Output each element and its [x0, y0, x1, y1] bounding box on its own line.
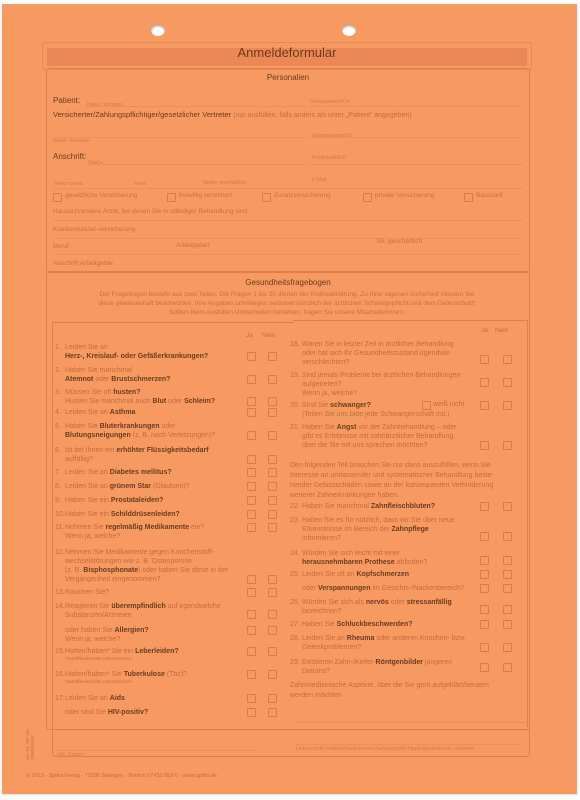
no-checkbox[interactable]: [503, 605, 512, 614]
no-checkbox[interactable]: [268, 482, 277, 491]
yes-checkbox[interactable]: [247, 510, 256, 519]
no-checkbox[interactable]: [268, 397, 277, 406]
yes-checkbox[interactable]: [247, 397, 256, 406]
yes-checkbox[interactable]: [480, 441, 489, 450]
no-checkbox[interactable]: [503, 570, 512, 579]
yes-checkbox[interactable]: [480, 532, 489, 541]
no-checkbox[interactable]: [503, 663, 512, 672]
job-label: Beruf: [53, 243, 69, 250]
question-item: 2.Haben Sie manchmalAtemnot oder Brustsc…: [55, 366, 170, 384]
no-checkbox[interactable]: [268, 670, 277, 679]
no-checkbox[interactable]: [268, 468, 277, 477]
insurance-option-label: Zusatzversicherung: [274, 192, 331, 199]
phone-business-hint: Telefon geschäftlich: [202, 180, 246, 186]
question-item: 8.Leiden Sie an grünem Star (Glaukom)?: [55, 482, 190, 491]
aspects-line: Zahnmedizinische Aspekte, über die Sie g…: [290, 681, 489, 690]
question-item: 19.Sind jemals Probleme bei ärztlichen B…: [290, 371, 460, 398]
yes-checkbox[interactable]: [480, 663, 489, 672]
question-item: 4.Leiden Sie an Asthma.: [55, 408, 137, 417]
question-item: 3.Müssen Sie oft husten?Husten Sie manch…: [55, 388, 215, 406]
yes-checkbox[interactable]: [480, 570, 489, 579]
birth-hint: Geburtsdatum/Ort: [310, 99, 350, 105]
yes-checkbox[interactable]: [480, 378, 489, 387]
insured-name-field[interactable]: [53, 137, 303, 138]
insurance-checkbox[interactable]: [167, 193, 176, 202]
yes-checkbox[interactable]: [247, 482, 256, 491]
question-item: 27.Haben Sie Schluckbeschwerden?: [290, 620, 413, 629]
yes-checkbox[interactable]: [247, 575, 256, 584]
yes-checkbox[interactable]: [247, 694, 256, 703]
question-item: 26.Würden Sie sich als nervös oder stres…: [290, 598, 452, 616]
yes-checkbox[interactable]: [247, 670, 256, 679]
yes-checkbox[interactable]: [247, 408, 256, 417]
question-item: 16.Hatten/haben* Sie Tuberkulose (Tbc)?*…: [55, 670, 187, 685]
aspects-field[interactable]: [293, 722, 527, 723]
yes-checkbox[interactable]: [247, 455, 256, 464]
yes-checkbox[interactable]: [480, 643, 489, 652]
no-checkbox[interactable]: [503, 401, 512, 410]
insurance-checkbox[interactable]: [363, 193, 372, 202]
no-checkbox[interactable]: [268, 708, 277, 717]
place-date-label: Ort, Datum: [57, 752, 84, 758]
address-label: Anschrift:: [53, 152, 86, 161]
insurance-checkbox[interactable]: [464, 193, 473, 202]
patient-name-field[interactable]: [86, 106, 306, 107]
question-item: 22.Haben Sie manchmal Zahnfleischbluten?: [290, 502, 435, 511]
personalien-section: Personalien: [46, 68, 530, 272]
mobile-hint: mobil: [134, 181, 146, 187]
question-item: 25.Leiden Sie oft an Kopfschmerzen: [290, 570, 409, 579]
question-item: 10.Haben Sie ein Schilddrüsenleiden?: [55, 510, 180, 519]
question-item: 15.Hatten/haben* Sie ein Leberleiden?*Zu…: [55, 647, 179, 662]
patient-birth-field[interactable]: [308, 106, 523, 107]
yes-checkbox[interactable]: [247, 468, 256, 477]
yes-checkbox[interactable]: [247, 496, 256, 505]
yes-checkbox[interactable]: [247, 626, 256, 635]
no-checkbox[interactable]: [268, 408, 277, 417]
insured-name-hint: Name, Vorname: [53, 138, 89, 144]
no-checkbox[interactable]: [268, 510, 277, 519]
no-header-left: Nein: [262, 332, 275, 339]
question-item: 18.Waren Sie in letzter Zeit in ärztlich…: [290, 340, 453, 367]
no-checkbox[interactable]: [503, 441, 512, 450]
signature-field[interactable]: [296, 744, 521, 745]
part2-line: Interesse an umfassender und systematisc…: [290, 471, 494, 480]
section-title: Gesundheitsfragebogen: [47, 278, 529, 287]
yes-checkbox[interactable]: [480, 584, 489, 593]
question-item: 21.Haben Sie Angst vor der Zahnbehandlun…: [290, 423, 457, 450]
yes-checkbox[interactable]: [480, 502, 489, 511]
intro-line: Der Fragebogen besteht aus zwei Teilen. …: [46, 291, 528, 298]
punch-hole: [342, 24, 356, 36]
yes-checkbox[interactable]: [480, 605, 489, 614]
phone-row-line[interactable]: [53, 188, 523, 189]
part2-line: hender Gebissschäden sowie an der konseq…: [290, 481, 493, 490]
patient-label: Patient:: [53, 96, 80, 105]
yes-header-right: Ja: [481, 327, 488, 334]
no-checkbox[interactable]: [503, 643, 512, 652]
insurer-field[interactable]: [53, 238, 523, 239]
no-checkbox[interactable]: [503, 378, 512, 387]
no-checkbox[interactable]: [503, 556, 512, 565]
no-checkbox[interactable]: [503, 355, 512, 364]
name-hint: Name, Vorname: [87, 102, 123, 108]
print-code: 1000016502: [30, 729, 35, 760]
insurance-checkbox[interactable]: [262, 193, 271, 202]
insurance-option-label: freiwillig versichert: [179, 192, 232, 199]
insured-birth-hint: Geburtsdatum/Ort: [312, 133, 352, 139]
no-checkbox[interactable]: [268, 455, 277, 464]
question-item: 24.Würden Sie sich leicht mit einerherau…: [290, 549, 427, 567]
part2-line: Den folgenden Teil brauchen Sie nur dann…: [290, 461, 491, 470]
no-checkbox[interactable]: [268, 352, 277, 361]
email-hint: E-Mail: [312, 177, 326, 183]
yes-checkbox[interactable]: [480, 556, 489, 565]
question-item: oder sind Sie HIV-positiv?: [55, 708, 148, 717]
question-item: 29.Existieren Zahn-/Kiefer-Röntgenbilder…: [290, 658, 452, 676]
employer-address-label: Anschrift Arbeitgeber: [53, 260, 113, 267]
question-item: oder Verspannungen im Gesichts-/Nackenbe…: [290, 584, 464, 593]
question-item: 28.Leiden Sie an Rheuma oder anderen Kno…: [290, 634, 466, 652]
yes-checkbox[interactable]: [247, 647, 256, 656]
doctors-field[interactable]: [53, 220, 523, 221]
no-checkbox[interactable]: [268, 431, 277, 440]
insured-label: Versicherter/Zahlungspflichtiger/gesetzl…: [53, 110, 412, 119]
intro-line: diese gewissenhaft beantworten. Ihre Ang…: [46, 300, 528, 307]
place-date-field[interactable]: [57, 750, 257, 751]
intro-line: Sollten beim Ausfüllen Unklarheiten best…: [46, 309, 528, 316]
unknown-label: weiß nicht: [433, 400, 465, 409]
no-checkbox[interactable]: [268, 647, 277, 656]
street-field[interactable]: [86, 164, 306, 165]
no-checkbox[interactable]: [503, 502, 512, 511]
yes-checkbox[interactable]: [247, 375, 256, 384]
question-item: 6.Ist bei Ihnen ein erhöhter Flüssigkeit…: [55, 446, 209, 464]
yes-header-left: Ja: [246, 332, 253, 339]
section-title: Personalien: [47, 73, 529, 82]
employer-label: Arbeitgeber: [176, 242, 210, 249]
question-item: 17.Leiden Sie an Aids: [55, 694, 125, 703]
yes-checkbox[interactable]: [247, 352, 256, 361]
no-checkbox[interactable]: [268, 375, 277, 384]
vertical-article-code: Art.-Nr. 202 111 1000016502: [25, 729, 35, 760]
no-checkbox[interactable]: [268, 575, 277, 584]
yes-checkbox[interactable]: [247, 523, 256, 532]
job-field[interactable]: [53, 254, 523, 255]
question-item: 14.Reagieren Sie überempfindlich auf irg…: [55, 602, 221, 620]
tel-business-label: Tel. geschäftlich: [376, 238, 422, 245]
punch-hole: [151, 24, 165, 36]
yes-checkbox[interactable]: [480, 401, 489, 410]
yes-checkbox[interactable]: [480, 355, 489, 364]
signature-label: Unterschrift Patient/Versicherter/Zahlun…: [296, 746, 475, 752]
insurance-option-label: gesetzliche Versicherung: [65, 192, 137, 199]
question-item: oder haben Sie Allergien?Wenn ja, welche…: [55, 626, 149, 644]
no-checkbox[interactable]: [268, 523, 277, 532]
question-item: 1.Leiden Sie anHerz-, Kreislauf- oder Ge…: [55, 343, 208, 361]
zip-hint: Postleitzahl/Ort: [312, 155, 346, 161]
yes-checkbox[interactable]: [247, 431, 256, 440]
no-checkbox[interactable]: [268, 610, 277, 619]
footer-copyright: © 2013 · Spitta Verlag · 72336 Balingen …: [26, 773, 217, 779]
question-item: 13.Rauchen Sie?: [55, 588, 109, 597]
question-item: 12.Nehmen Sie Medikamente gegen Knochens…: [55, 548, 228, 584]
part2-line: weiterer Zahnerkrankungen haben.: [290, 491, 399, 500]
no-checkbox[interactable]: [268, 694, 277, 703]
phone-private-hint: Telefon privat: [53, 181, 83, 187]
insurance-option-label: Basistarif: [476, 192, 503, 199]
form-title: Anmeldeformular: [43, 45, 531, 60]
no-checkbox[interactable]: [268, 588, 277, 597]
question-item: 11.Nehmen Sie regelmäßig Medikamente ein…: [55, 523, 204, 541]
zip-city-field[interactable]: [308, 164, 523, 165]
no-header-right: Nein: [495, 327, 508, 334]
insurance-option-label: private Versicherung: [375, 192, 434, 199]
yes-checkbox[interactable]: [247, 610, 256, 619]
insured-label-text: Versicherter/Zahlungspflichtiger/gesetzl…: [53, 110, 231, 119]
doctors-label: Hausarzt/andere Ärzte, bei denen Sie in …: [53, 208, 247, 215]
yes-checkbox[interactable]: [480, 620, 489, 629]
street-hint: Straße: [88, 160, 103, 166]
question-item: 23.Halten Sie es für nützlich, dass wir …: [290, 516, 455, 543]
no-checkbox[interactable]: [503, 532, 512, 541]
title-box: Anmeldeformular: [42, 42, 532, 70]
signature-section: [52, 728, 530, 757]
insurance-checkbox[interactable]: [53, 193, 62, 202]
no-checkbox[interactable]: [268, 496, 277, 505]
question-item: 5.Haben Sie Bluterkrankungen oderBlutung…: [55, 422, 215, 440]
aspects-line: werden möchten: [290, 691, 342, 700]
no-checkbox[interactable]: [503, 584, 512, 593]
yes-checkbox[interactable]: [247, 588, 256, 597]
insured-note: (nur ausfüllen, falls anders als unter „…: [233, 112, 412, 119]
unknown-checkbox[interactable]: [422, 401, 431, 410]
question-item: 7.Leiden Sie an Diabetes mellitus?: [55, 468, 172, 477]
question-item: 9.Haben Sie ein Prostataleiden?: [55, 496, 163, 505]
no-checkbox[interactable]: [503, 620, 512, 629]
insurer-label: Krankenkasse/-versicherung: [53, 226, 135, 233]
no-checkbox[interactable]: [268, 626, 277, 635]
yes-checkbox[interactable]: [247, 708, 256, 717]
